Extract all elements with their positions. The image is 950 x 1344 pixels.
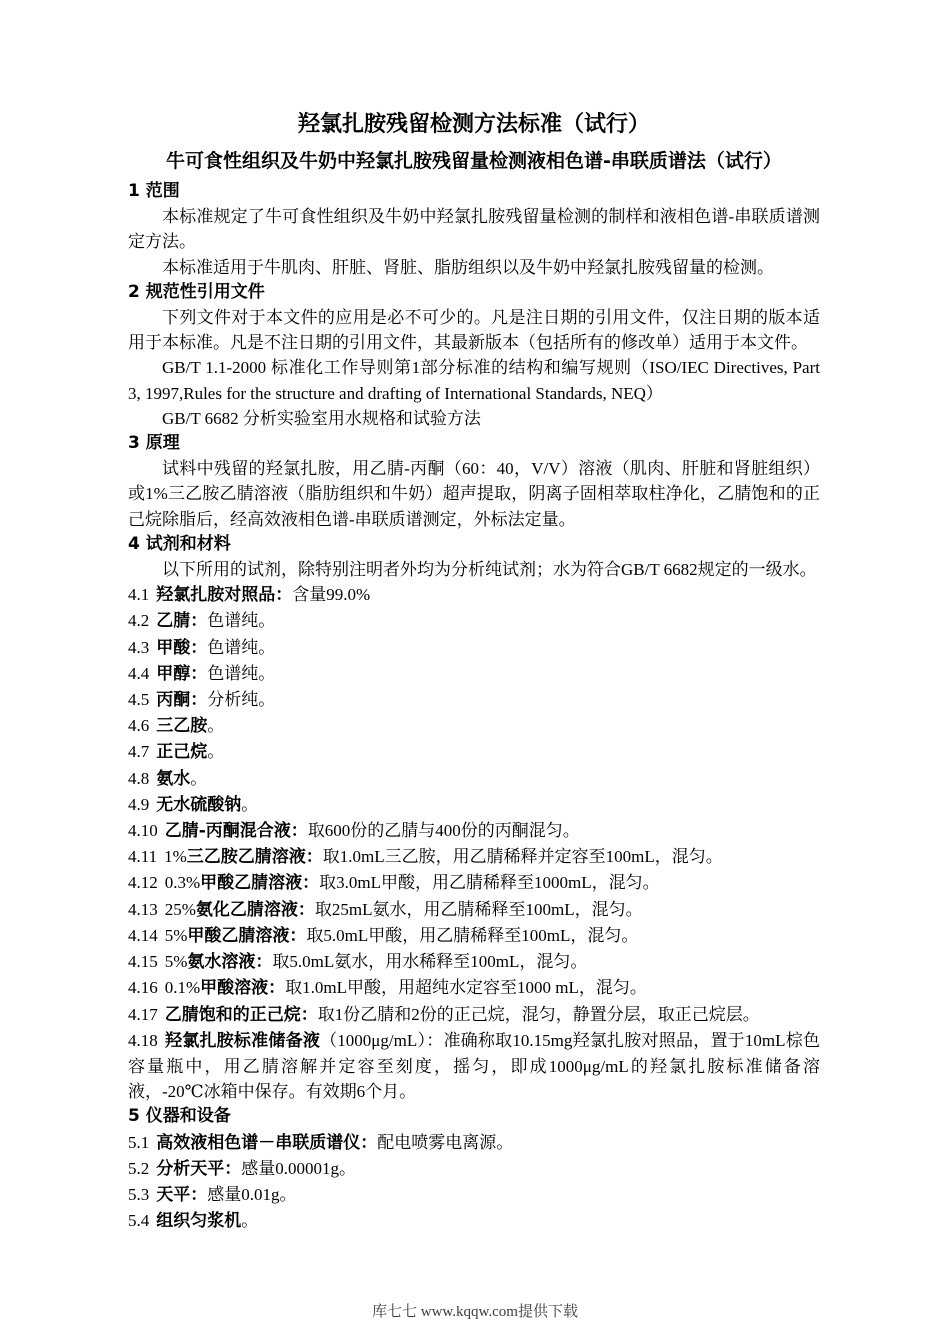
item-term: 乙腈：	[156, 611, 207, 631]
item-term: 甲酸溶液：	[200, 978, 285, 998]
item-term: 羟氯扎胺对照品：	[156, 585, 292, 605]
paragraph-scope-1: 本标准规定了牛可食性组织及牛奶中羟氯扎胺残留量检测的制样和液相色谱-串联质谱测定…	[128, 204, 820, 254]
item-text: 取5.0mL甲酸，用乙腈稀释至100mL，混匀。	[306, 926, 638, 945]
item-number: 4.17	[128, 1005, 158, 1024]
item-4-11: 4.111%三乙胺乙腈溶液：取1.0mL三乙胺，用乙腈稀释并定容至100mL，混…	[128, 844, 820, 870]
item-text: 色谱纯。	[207, 611, 275, 630]
item-4-7: 4.7正己烷。	[128, 739, 820, 765]
item-term: 组织匀浆机	[156, 1211, 241, 1231]
page-subtitle: 牛可食性组织及牛奶中羟氯扎胺残留量检测液相色谱-串联质谱法（试行）	[128, 148, 820, 175]
item-text: 配电喷雾电离源。	[377, 1133, 513, 1152]
item-text: 取1.0mL三乙胺，用乙腈稀释并定容至100mL，混匀。	[323, 847, 723, 866]
item-4-12: 4.120.3%甲酸乙腈溶液：取3.0mL甲酸，用乙腈稀释至1000mL，混匀。	[128, 870, 820, 896]
item-4-9: 4.9无水硫酸钠。	[128, 792, 820, 818]
item-5-2: 5.2分析天平：感量0.00001g。	[128, 1156, 820, 1182]
reference-line-gbt-1-1-2000: GB/T 1.1-2000 标准化工作导则第1部分标准的结构和编写规则（ISO/…	[128, 355, 820, 405]
item-number: 4.12	[128, 873, 158, 892]
item-number: 5.3	[128, 1185, 149, 1204]
item-number: 4.9	[128, 795, 149, 814]
item-number: 4.1	[128, 585, 149, 604]
item-number: 4.5	[128, 690, 149, 709]
section-heading-3-principle: 3 原理	[128, 431, 820, 456]
item-term: 氨水溶液：	[187, 952, 272, 972]
item-number: 5.1	[128, 1133, 149, 1152]
section-heading-4-reagents: 4 试剂和材料	[128, 532, 820, 557]
item-4-1: 4.1羟氯扎胺对照品：含量99.0%	[128, 582, 820, 608]
item-text: 色谱纯。	[207, 638, 275, 657]
section-heading-5-instruments: 5 仪器和设备	[128, 1104, 820, 1129]
item-term: 羟氯扎胺标准储备液	[165, 1031, 320, 1051]
item-4-18: 4.18羟氯扎胺标准储备液（1000μg/mL）：准确称取10.15mg羟氯扎胺…	[128, 1028, 820, 1105]
item-prefix: 1%	[164, 847, 187, 866]
item-4-10: 4.10乙腈-丙酮混合液：取600份的乙腈与400份的丙酮混匀。	[128, 818, 820, 844]
item-term: 甲醇：	[156, 664, 207, 684]
item-term: 分析天平：	[156, 1159, 241, 1179]
item-prefix: 25%	[165, 900, 196, 919]
item-term: 正己烷	[156, 742, 207, 762]
item-4-5: 4.5丙酮：分析纯。	[128, 687, 820, 713]
item-text: 取1.0mL甲酸，用超纯水定容至1000 mL，混匀。	[285, 978, 647, 997]
item-number: 4.16	[128, 978, 158, 997]
item-4-3: 4.3甲酸：色谱纯。	[128, 635, 820, 661]
item-prefix: 5%	[165, 952, 188, 971]
item-text: 感量0.00001g。	[241, 1159, 356, 1178]
reference-line-gbt-6682: GB/T 6682 分析实验室用水规格和试验方法	[128, 406, 820, 431]
paragraph-scope-2: 本标准适用于牛肌肉、肝脏、肾脏、脂肪组织以及牛奶中羟氯扎胺残留量的检测。	[128, 255, 820, 280]
page-title: 羟氯扎胺残留检测方法标准（试行）	[128, 110, 820, 140]
item-unit-note: （1000μg/mL）：	[320, 1031, 443, 1050]
item-text: 。	[241, 1211, 258, 1230]
item-number: 4.8	[128, 769, 149, 788]
paragraph-reagents-intro: 以下所用的试剂，除特别注明者外均为分析纯试剂；水为符合GB/T 6682规定的一…	[128, 557, 820, 582]
item-term: 乙腈-丙酮混合液：	[165, 821, 308, 841]
item-text: 取3.0mL甲酸，用乙腈稀释至1000mL，混匀。	[319, 873, 659, 892]
item-number: 4.15	[128, 952, 158, 971]
item-term: 三乙胺乙腈溶液：	[187, 847, 323, 867]
item-prefix: 0.3%	[165, 873, 200, 892]
item-number: 4.4	[128, 664, 149, 683]
item-4-15: 4.155%氨水溶液：取5.0mL氨水，用水稀释至100mL，混匀。	[128, 949, 820, 975]
item-4-13: 4.1325%氨化乙腈溶液：取25mL氨水，用乙腈稀释至100mL，混匀。	[128, 897, 820, 923]
item-text: 分析纯。	[207, 690, 275, 709]
item-term: 无水硫酸钠	[156, 795, 241, 815]
footer-watermark: 库七七 www.kqqw.com提供下载	[0, 1302, 950, 1322]
item-term: 丙酮：	[156, 690, 207, 710]
item-term: 氨化乙腈溶液：	[196, 900, 315, 920]
item-text: 。	[207, 742, 224, 761]
item-text: 取25mL氨水，用乙腈稀释至100mL，混匀。	[315, 900, 643, 919]
item-text: 。	[207, 716, 224, 735]
item-4-17: 4.17乙腈饱和的正己烷：取1份乙腈和2份的正己烷，混匀，静置分层，取正己烷层。	[128, 1002, 820, 1028]
item-text: 色谱纯。	[207, 664, 275, 683]
item-term: 天平：	[156, 1185, 207, 1205]
item-term: 高效液相色谱－串联质谱仪：	[156, 1133, 377, 1153]
item-number: 4.7	[128, 742, 149, 761]
item-number: 5.4	[128, 1211, 149, 1230]
item-5-3: 5.3天平：感量0.01g。	[128, 1182, 820, 1208]
item-4-8: 4.8氨水。	[128, 766, 820, 792]
item-term: 三乙胺	[156, 716, 207, 736]
item-number: 4.18	[128, 1031, 158, 1050]
item-4-6: 4.6三乙胺。	[128, 713, 820, 739]
item-4-4: 4.4甲醇：色谱纯。	[128, 661, 820, 687]
item-text: 。	[241, 795, 258, 814]
item-term: 甲酸：	[156, 638, 207, 658]
item-prefix: 5%	[165, 926, 188, 945]
item-4-16: 4.160.1%甲酸溶液：取1.0mL甲酸，用超纯水定容至1000 mL，混匀。	[128, 975, 820, 1001]
item-number: 4.11	[128, 847, 157, 866]
paragraph-principle: 试料中残留的羟氯扎胺，用乙腈-丙酮（60：40，V/V）溶液（肌肉、肝脏和肾脏组…	[128, 456, 820, 532]
paragraph-normative-intro: 下列文件对于本文件的应用是必不可少的。凡是注日期的引用文件，仅注日期的版本适用于…	[128, 305, 820, 355]
item-term: 乙腈饱和的正己烷：	[165, 1005, 318, 1025]
item-text: 取600份的乙腈与400份的丙酮混匀。	[308, 821, 580, 840]
item-term: 甲酸乙腈溶液：	[200, 873, 319, 893]
item-number: 4.13	[128, 900, 158, 919]
item-5-1: 5.1高效液相色谱－串联质谱仪：配电喷雾电离源。	[128, 1130, 820, 1156]
item-number: 5.2	[128, 1159, 149, 1178]
item-4-2: 4.2乙腈：色谱纯。	[128, 608, 820, 634]
item-text: 感量0.01g。	[207, 1185, 296, 1204]
item-number: 4.14	[128, 926, 158, 945]
item-number: 4.6	[128, 716, 149, 735]
item-5-4: 5.4组织匀浆机。	[128, 1208, 820, 1234]
item-number: 4.10	[128, 821, 158, 840]
section-heading-1-scope: 1 范围	[128, 179, 820, 204]
item-number: 4.3	[128, 638, 149, 657]
item-term: 甲酸乙腈溶液：	[187, 926, 306, 946]
document-page: 羟氯扎胺残留检测方法标准（试行） 牛可食性组织及牛奶中羟氯扎胺残留量检测液相色谱…	[128, 0, 820, 1234]
item-text: 含量99.0%	[292, 585, 370, 604]
item-text: 取1份乙腈和2份的正己烷，混匀，静置分层，取正己烷层。	[318, 1005, 760, 1024]
item-text: 取5.0mL氨水，用水稀释至100mL，混匀。	[272, 952, 587, 971]
item-prefix: 0.1%	[165, 978, 200, 997]
item-term: 氨水	[156, 769, 190, 789]
item-4-14: 4.145%甲酸乙腈溶液：取5.0mL甲酸，用乙腈稀释至100mL，混匀。	[128, 923, 820, 949]
item-number: 4.2	[128, 611, 149, 630]
section-heading-2-normative-references: 2 规范性引用文件	[128, 280, 820, 305]
item-text: 。	[190, 769, 207, 788]
